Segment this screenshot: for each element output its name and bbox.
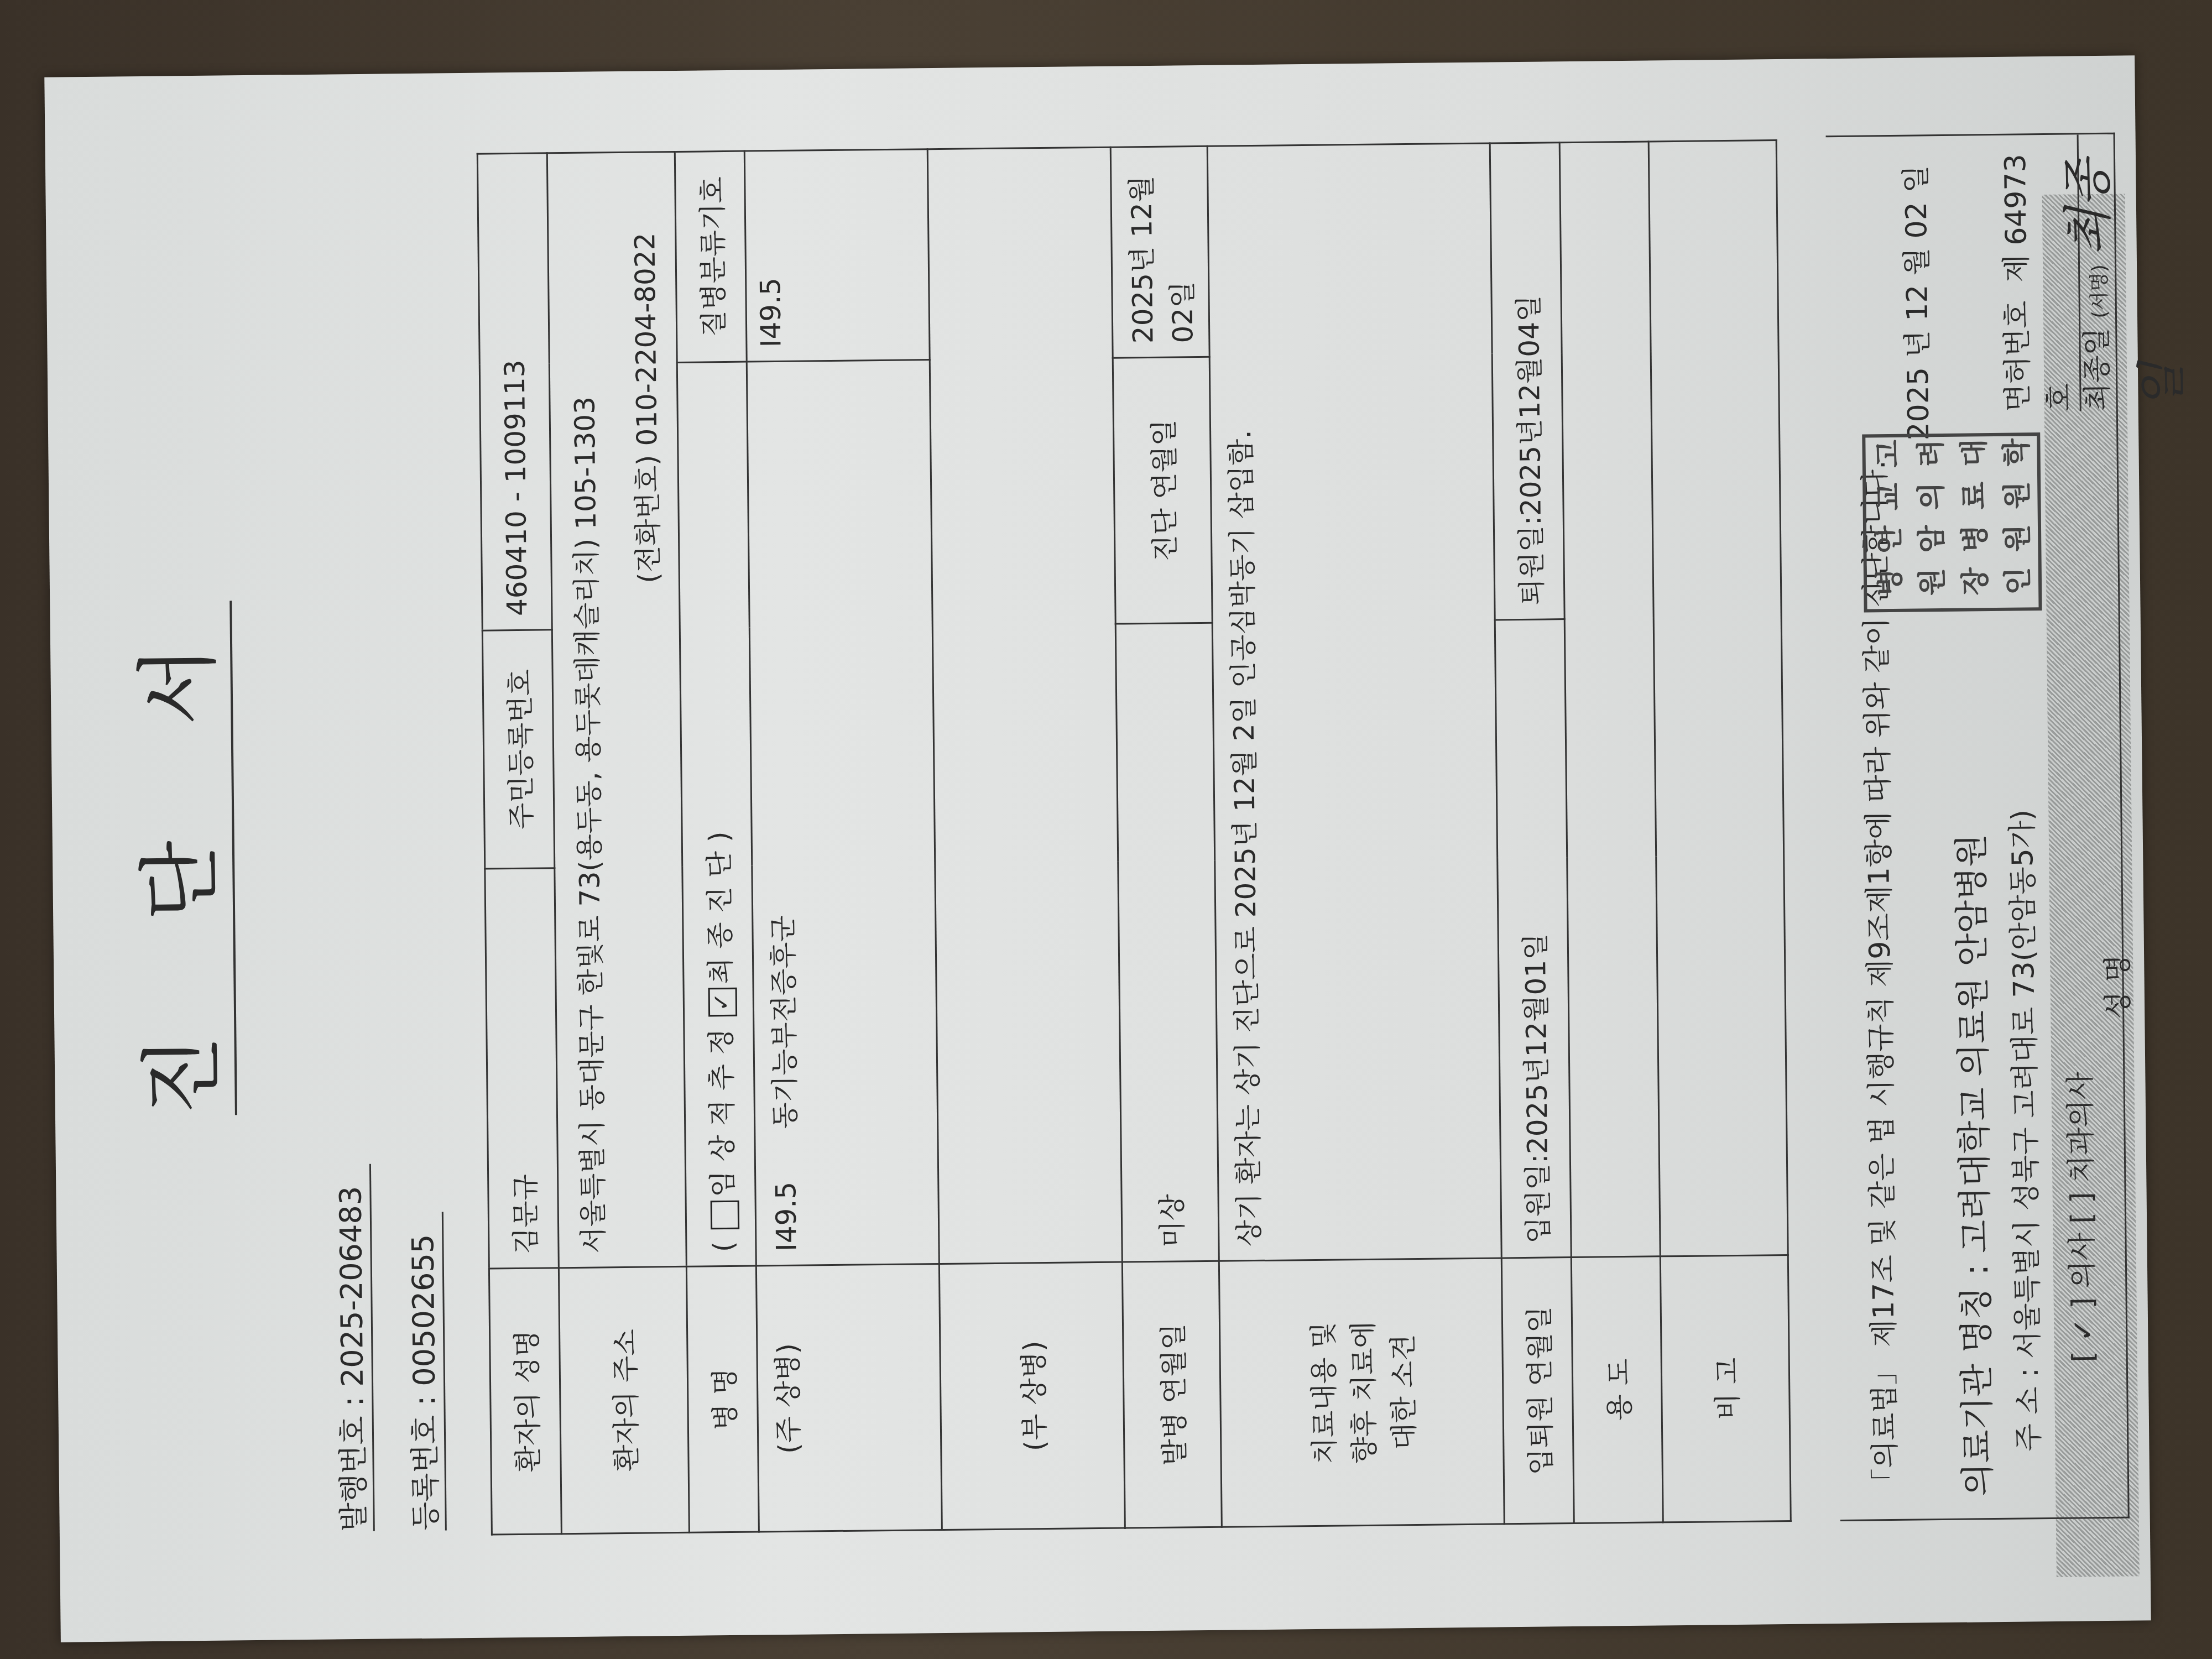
stamp-glyph: 병: [1952, 522, 1995, 565]
stamp-glyph: 대: [1951, 436, 1994, 479]
stamp-glyph: 암: [1909, 523, 1952, 566]
stamp-glyph: 장: [1953, 565, 1996, 608]
main-diagnosis-code: I49.5: [770, 1182, 802, 1252]
patient-rrn: 460410 - 1009113: [477, 153, 552, 630]
purpose-row: 용 도: [1559, 142, 1663, 1524]
institution-name: 고려대학교 의료원 안암병원: [1951, 834, 1996, 1254]
document-title: 진 단 서: [106, 95, 241, 1622]
stamp-glyph: 원: [1995, 479, 2038, 522]
final-diagnosis-checkbox: ✓: [708, 987, 738, 1016]
stamp-glyph: 병: [1867, 566, 1910, 609]
sub-diagnosis-row: (부 상병): [927, 147, 1125, 1530]
stamp-glyph: 원: [1910, 565, 1953, 608]
stamp-glyph: 인: [1995, 565, 2038, 608]
admission-date: 입원일:2025년12월01일: [1495, 619, 1571, 1258]
doctor-signature: 최종일: [2059, 159, 2192, 410]
treatment-row: 치료내용 및 향후 치료에 대한 소견 상기 환자는 상기 진단으로 2025년…: [1207, 143, 1504, 1527]
main-diagnosis-name: 동기능부전증후군: [767, 915, 801, 1129]
doctor-type: [ ✓ ] 의사 [ ] 치과의사: [2057, 1072, 2101, 1363]
stamp-glyph: 교: [1866, 480, 1909, 523]
stamp-glyph: 안: [1866, 523, 1910, 566]
attestation-statement: 「의료법」 제17조 및 같은 법 시행규칙 제9조제1항에 따라 위와 같이 …: [1851, 460, 1904, 1498]
doctor-name: 최종일: [2080, 327, 2115, 411]
diagnosis-certificate-form: 진 단 서 발행번호 : 2025-206483 등록번호 : 00502655…: [56, 75, 2140, 1623]
hospital-seal-stamp: 고려대학교의료원안암병원병원장인: [1862, 432, 2042, 612]
onset-date: 미상: [1115, 623, 1219, 1262]
document-sheet: 진 단 서 발행번호 : 2025-206483 등록번호 : 00502655…: [44, 55, 2151, 1642]
patient-address: 서울특별시 동대문구 한빛로 73(용두동, 용두롯데캐슬리치) 105-130…: [560, 166, 612, 1254]
stamp-glyph: 려: [1908, 437, 1952, 480]
main-diagnosis-row: (주 상병) I49.5 동기능부전증후군 I49.5: [744, 149, 942, 1532]
patient-address-row: 환자의 주소 서울특별시 동대문구 한빛로 73(용두동, 용두롯데캐슬리치) …: [547, 152, 689, 1533]
registration-number: 등록번호 : 00502655: [399, 1212, 447, 1531]
stamp-glyph: 학: [1994, 436, 2037, 479]
stamp-glyph: 료: [1952, 479, 1995, 522]
issue-date: 2025 년 12 월 02 일: [1892, 165, 1937, 441]
remarks-row: 비 고: [1648, 140, 1791, 1522]
institution-address: 서울특별시 성북구 고려대로 73(안암동5가): [2006, 809, 2044, 1359]
onset-row: 발병 연월일 미상 진단 연월일 2025년 12월 02일: [1110, 146, 1222, 1528]
diagnosis-date: 2025년 12월 02일: [1110, 146, 1209, 358]
signer-label: 성 명: [2094, 954, 2136, 1019]
patient-phone: (전화번호) 010-2204-8022: [622, 166, 674, 1253]
patient-name: 김문규: [485, 868, 559, 1269]
stamp-glyph: 원: [1995, 521, 2038, 565]
stamp-glyph: 고: [1865, 437, 1908, 481]
issue-number: 발행번호 : 2025-206483: [327, 1164, 375, 1532]
clinical-estimate-checkbox: [711, 1200, 740, 1229]
stamp-glyph: 의: [1909, 479, 1952, 523]
attestation-section: 「의료법」 제17조 및 같은 법 시행규칙 제9조제1항에 따라 위와 같이 …: [1826, 133, 2130, 1521]
discharge-date: 퇴원일:2025년12월04일: [1490, 143, 1564, 620]
certificate-table: 환자의 성명 김문규 주민등록번호 460410 - 1009113 환자의 주…: [477, 139, 1792, 1535]
main-diagnosis-code-column: I49.5: [744, 149, 930, 362]
treatment-opinion: 상기 환자는 상기 진단으로 2025년 12월 2일 인공심박동기 삽입함.: [1207, 143, 1501, 1261]
